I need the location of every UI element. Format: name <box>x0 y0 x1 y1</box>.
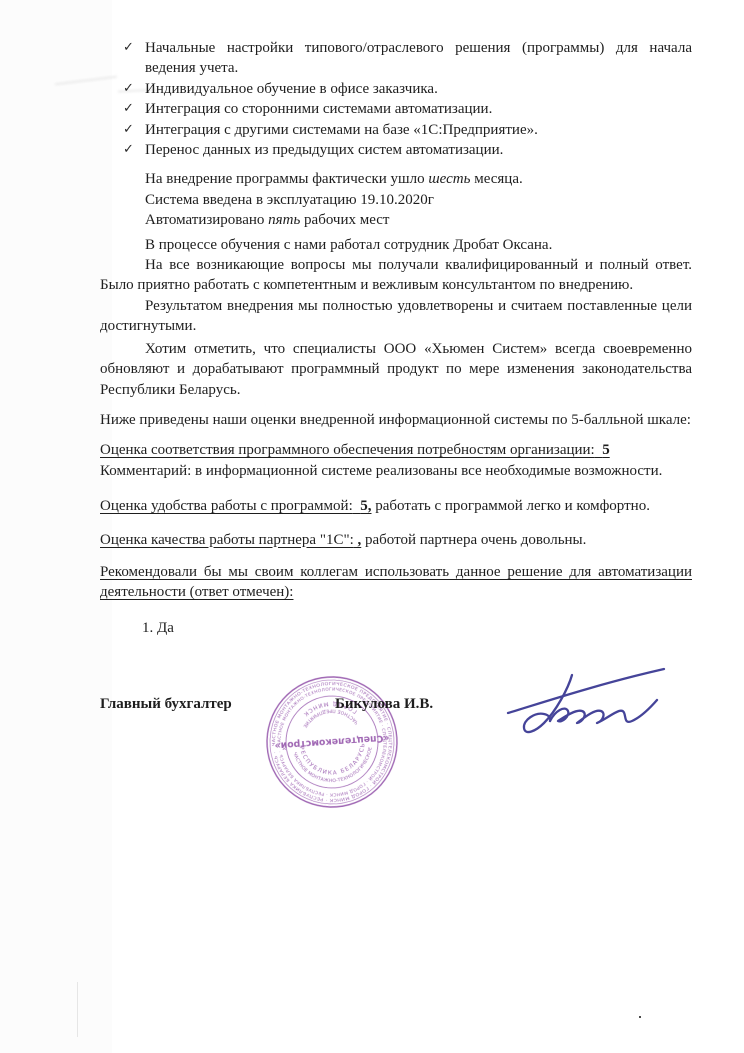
paragraph-trainer: В процессе обучения с нами работал сотру… <box>100 235 692 255</box>
list-item: ✓ Интеграция со сторонними системами авт… <box>100 99 692 119</box>
list-item-text: Перенос данных из предыдущих систем авто… <box>145 140 692 160</box>
checkmark-icon: ✓ <box>123 99 145 119</box>
rating-label: Оценка удобства работы с программой: <box>100 498 353 514</box>
checkmark-icon: ✓ <box>123 140 145 160</box>
signature-stroke <box>524 675 572 732</box>
rating-label: Оценка качества работы партнера "1С": <box>100 532 354 548</box>
list-item: ✓ Интеграция с другими системами на базе… <box>100 120 692 140</box>
list-item-text: Индивидуальное обучение в офисе заказчик… <box>145 79 692 99</box>
rating-line: Оценка соответствия программного обеспеч… <box>100 440 692 460</box>
list-item-text: Начальные настройки типового/отраслевого… <box>145 38 692 79</box>
signature-stroke <box>550 700 657 723</box>
rating-tail: работать с программой легко и комфортно. <box>375 498 650 514</box>
recommendation-question: Рекомендовали бы мы своим коллегам испол… <box>100 562 692 603</box>
scan-edge-shading <box>0 0 112 1053</box>
rating-comment: Комментарий: в информационной системе ре… <box>100 461 692 481</box>
implementation-launch-line: Система введена в эксплуатацию 19.10.202… <box>145 190 692 210</box>
paragraph-support: На все возникающие вопросы мы получали к… <box>100 255 692 296</box>
implementation-workplaces-line: Автоматизировано пять рабочих мест <box>145 210 692 230</box>
checkmark-icon: ✓ <box>123 120 145 140</box>
handwritten-signature <box>494 661 674 756</box>
duration-value: шесть <box>428 171 470 187</box>
scan-artifact-line <box>77 982 78 1037</box>
ratings-intro: Ниже приведены наши оценки внедренной ин… <box>100 410 692 430</box>
rating-tail: работой партнера очень довольны. <box>365 532 586 548</box>
list-item-text: Интеграция с другими системами на базе «… <box>145 120 692 140</box>
rating-usability: Оценка удобства работы с программой: 5, … <box>100 496 692 516</box>
checkmark-icon: ✓ <box>123 38 145 58</box>
rating-score: 5, <box>360 498 371 514</box>
list-item: ✓ Перенос данных из предыдущих систем ав… <box>100 140 692 160</box>
list-item-text: Интеграция со сторонними системами автом… <box>145 99 692 119</box>
signer-role: Главный бухгалтер <box>100 696 232 712</box>
checkmark-icon: ✓ <box>123 79 145 99</box>
workplaces-value: пять <box>268 212 300 228</box>
rating-score: 5 <box>602 442 610 458</box>
signature-stroke <box>508 669 664 713</box>
rating-score: , <box>358 532 362 548</box>
implementation-facts: На внедрение программы фактически ушло ш… <box>100 169 692 230</box>
paragraph-vendor-note: Хотим отметить, что специалисты ООО «Хью… <box>100 339 692 400</box>
rating-software-fit: Оценка соответствия программного обеспеч… <box>100 440 692 481</box>
scan-artifact-dot <box>639 1016 641 1018</box>
implementation-duration-line: На внедрение программы фактически ушло ш… <box>145 169 692 189</box>
scanned-review-letter-page: ✓ Начальные настройки типового/отраслево… <box>0 0 744 1053</box>
list-item: ✓ Начальные настройки типового/отраслево… <box>100 38 692 79</box>
recommendation-answer: 1. Да <box>100 618 692 638</box>
list-item: ✓ Индивидуальное обучение в офисе заказч… <box>100 79 692 99</box>
company-stamp: ЧАСТНОЕ МОНТАЖНО-ТЕХНОЛОГИЧЕСКОЕ ПРЕДПРИ… <box>257 667 406 816</box>
letter-body: ✓ Начальные настройки типового/отраслево… <box>100 38 692 715</box>
rating-partner-quality: Оценка качества работы партнера "1С": , … <box>100 530 692 550</box>
paragraph-result: Результатом внедрения мы полностью удовл… <box>100 296 692 337</box>
rating-label: Оценка соответствия программного обеспеч… <box>100 442 595 458</box>
services-checklist: ✓ Начальные настройки типового/отраслево… <box>100 38 692 160</box>
